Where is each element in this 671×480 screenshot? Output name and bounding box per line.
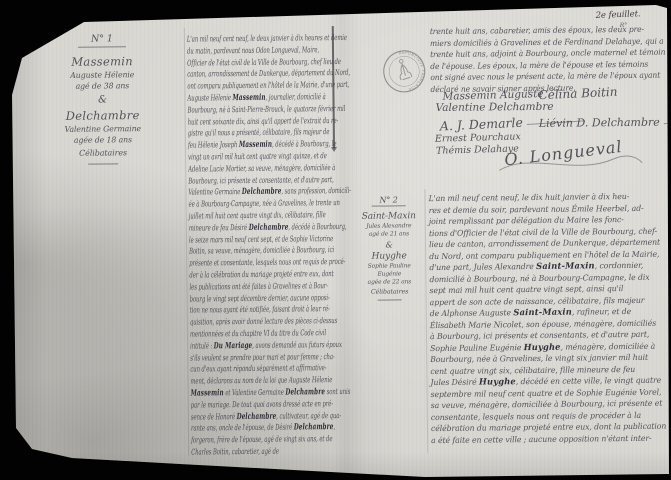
- paper-sheet: 2e feuillet. R° RÉPUBLIQUE FRANÇAISE N° …: [0, 0, 671, 480]
- act1-bride-name: Delchambre: [25, 108, 181, 124]
- signature-witness-1: Célina Boitin: [538, 85, 617, 103]
- act1-number: N° 1: [24, 33, 180, 46]
- act1-continuation-text: trente huit ans, cabaretier, amis des ép…: [430, 25, 668, 97]
- handwriting-line: a été faite en cette ville ; aucune oppo…: [431, 433, 669, 447]
- act2-body-text: L'an mil neuf cent neuf, le dix huit jan…: [429, 192, 669, 447]
- signature-bride: Valentine Delchambre: [436, 101, 554, 114]
- act2-bride-name: Huyghe: [356, 251, 422, 262]
- scanned-register-spread: 2e feuillet. R° RÉPUBLIQUE FRANÇAISE N° …: [0, 0, 671, 480]
- act2-groom-name: Saint-Maxin: [356, 211, 422, 222]
- margin-rule: [78, 46, 126, 48]
- act1-status: Célibataires: [25, 148, 181, 159]
- act2-number: N° 2: [356, 195, 422, 205]
- act1-body-text: L'an mil neuf cent neuf, le deux janvier…: [187, 33, 356, 459]
- act2-margin-annotation: N° 2 Saint-Maxin Jules Alexandre agé de …: [356, 195, 423, 301]
- ampersand: &: [356, 240, 422, 250]
- signature-witness-3: Liévin D. Delchambre: [539, 115, 671, 130]
- act1-groom-age: agé de 38 ans: [24, 80, 180, 92]
- ampersand: &: [24, 94, 180, 107]
- margin-rule: [378, 299, 402, 300]
- act2-bride-age: agée de 22 ans: [356, 278, 422, 287]
- act1-groom-name: Massemin: [24, 54, 180, 70]
- act2-bride-given: Sophie Pauline Eugénie: [356, 262, 422, 279]
- folio-note: 2e feuillet.: [595, 9, 640, 21]
- margin-rule: [88, 163, 118, 164]
- act1-bride-age: agée de 18 ans: [25, 134, 181, 146]
- act1-margin-annotation: N° 1 Massemin Auguste Hélenie agé de 38 …: [24, 33, 181, 166]
- republique-francaise-seal-stamp: RÉPUBLIQUE FRANÇAISE: [376, 43, 433, 100]
- signature-flourish: [495, 149, 645, 177]
- margin-rule: [372, 205, 406, 206]
- right-margin-rule: [424, 189, 428, 453]
- act2-status: Célibataires: [357, 288, 423, 296]
- page-content: 2e feuillet. R° RÉPUBLIQUE FRANÇAISE N° …: [0, 0, 671, 480]
- handwriting-line: Charles Boitin, cabaretier, agé de: [191, 446, 356, 460]
- act2-groom-age: agé de 21 ans: [356, 230, 422, 239]
